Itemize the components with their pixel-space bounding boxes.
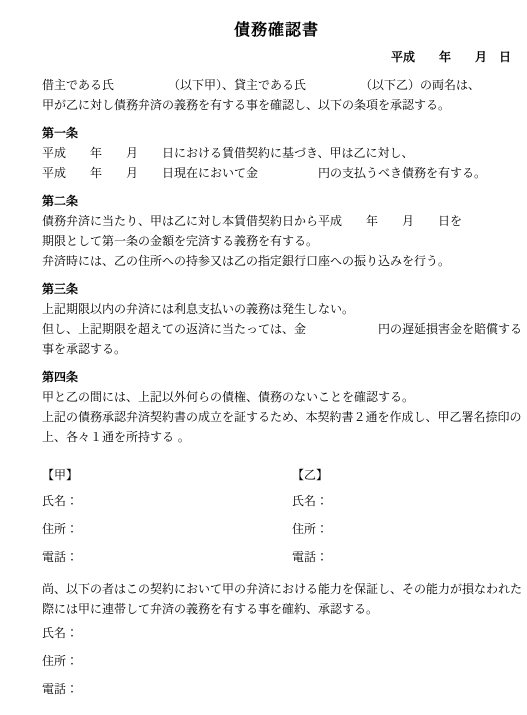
article-1-heading: 第一条 <box>42 123 511 143</box>
article-1-line: 平成 年 月 日における賃借契約に基づき、甲は乙に対し、 <box>42 143 511 163</box>
parties-block: 【甲】 氏名： 住所： 電話： 【乙】 氏名： 住所： 電話： <box>42 463 511 571</box>
guarantor-name-field: 氏名： <box>42 619 511 647</box>
party-kou-label: 【甲】 <box>42 463 292 487</box>
guarantor-note: 尚、以下の者はこの契約において甲の弁済における能力を保証し、その能力が損なわれた… <box>42 579 511 619</box>
article-4-line: 上記の債務承認弁済契約書の成立を証するため、本契約書２通を作成し、甲乙署名捺印の <box>42 407 511 427</box>
intro-line: 借主である氏 （以下甲）、貸主である氏 （以下乙）の両名は、 <box>42 75 511 95</box>
guarantor-phone-field: 電話： <box>42 675 511 703</box>
intro-line: 甲が乙に対し債務弁済の義務を有する事を確認し、以下の条項を承認する。 <box>42 95 511 115</box>
party-kou-column: 【甲】 氏名： 住所： 電話： <box>42 463 292 571</box>
party-otsu-label: 【乙】 <box>292 463 328 487</box>
intro-paragraph: 借主である氏 （以下甲）、貸主である氏 （以下乙）の両名は、 甲が乙に対し債務弁… <box>42 75 511 115</box>
article-4-line: 甲と乙の間には、上記以外何らの債権、債務のないことを確認する。 <box>42 387 511 407</box>
document-title: 債務確認書 <box>42 20 511 40</box>
guarantor-fields: 氏名： 住所： 電話： <box>42 619 511 703</box>
party-otsu-column: 【乙】 氏名： 住所： 電話： <box>292 463 328 571</box>
article-2-heading: 第二条 <box>42 191 511 211</box>
article-2-line: 期限として第一条の金額を完済する義務を有する。 <box>42 231 511 251</box>
article-4-line: 上、各々１通を所持する 。 <box>42 427 511 447</box>
article-1: 第一条 平成 年 月 日における賃借契約に基づき、甲は乙に対し、 平成 年 月 … <box>42 123 511 183</box>
article-3-line: 上記期限以内の弁済には利息支払いの義務は発生しない。 <box>42 299 511 319</box>
article-3-line: 事を承認する。 <box>42 339 511 359</box>
kou-phone-field: 電話： <box>42 543 292 571</box>
article-1-line: 平成 年 月 日現在において金 円の支払うべき債務を有する。 <box>42 163 511 183</box>
article-4-heading: 第四条 <box>42 367 511 387</box>
kou-address-field: 住所： <box>42 515 292 543</box>
article-2: 第二条 債務弁済に当たり、甲は乙に対し本賃借契約日から平成 年 月 日を 期限と… <box>42 191 511 271</box>
otsu-name-field: 氏名： <box>292 487 328 515</box>
article-2-line: 弁済時には、乙の住所への持参又は乙の指定銀行口座への振り込みを行う。 <box>42 251 511 271</box>
guarantor-note-line: 際には甲に連帯して弁済の義務を有する事を確約、承認する。 <box>42 599 511 619</box>
otsu-address-field: 住所： <box>292 515 328 543</box>
article-3: 第三条 上記期限以内の弁済には利息支払いの義務は発生しない。 但し、上記期限を超… <box>42 279 511 359</box>
article-3-heading: 第三条 <box>42 279 511 299</box>
document-page: 債務確認書 平成 年 月 日 借主である氏 （以下甲）、貸主である氏 （以下乙）… <box>0 0 527 715</box>
kou-name-field: 氏名： <box>42 487 292 515</box>
date-line: 平成 年 月 日 <box>42 49 511 65</box>
article-2-line: 債務弁済に当たり、甲は乙に対し本賃借契約日から平成 年 月 日を <box>42 211 511 231</box>
guarantor-address-field: 住所： <box>42 647 511 675</box>
article-4: 第四条 甲と乙の間には、上記以外何らの債権、債務のないことを確認する。 上記の債… <box>42 367 511 447</box>
guarantor-note-line: 尚、以下の者はこの契約において甲の弁済における能力を保証し、その能力が損なわれた <box>42 579 511 599</box>
article-3-line: 但し、上記期限を超えての返済に当たっては、金 円の遅延損害金を賠償する <box>42 319 511 339</box>
otsu-phone-field: 電話： <box>292 543 328 571</box>
